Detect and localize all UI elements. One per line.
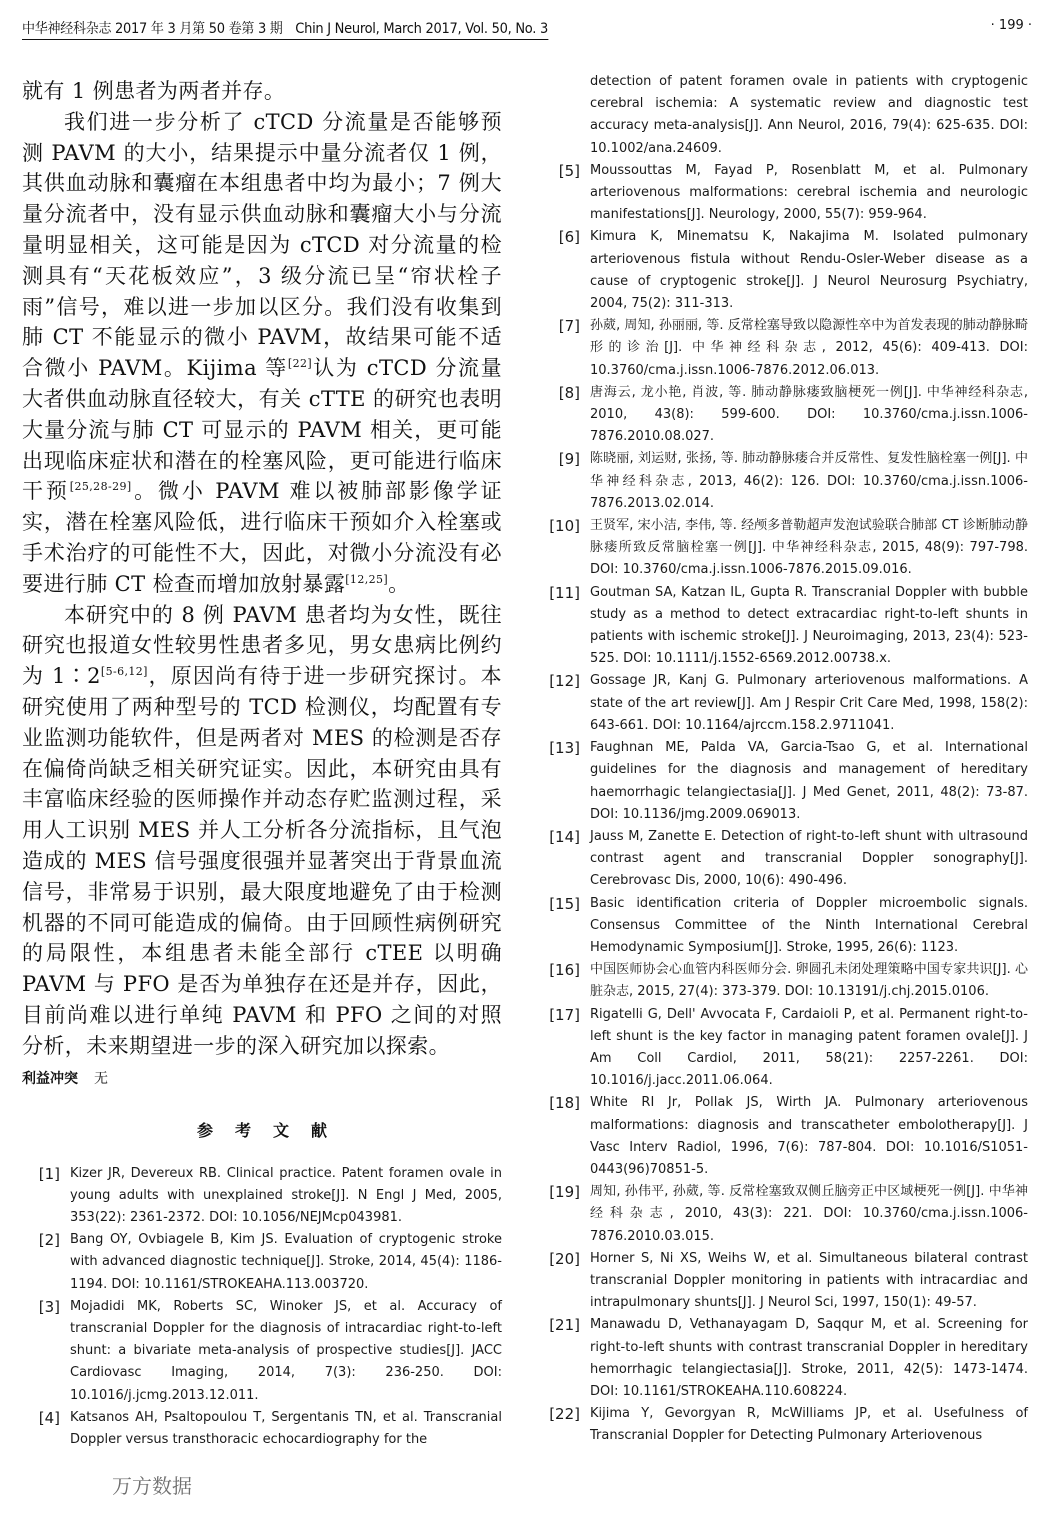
references-heading: 参考文献 [22,1118,502,1141]
reference-item: [21]Manawadu D, Vethanayagam D, Saqqur M… [548,1314,1028,1403]
citation[interactable]: [5-6,12] [101,665,148,678]
reference-item: [22]Kijima Y, Gevorgyan R, McWilliams JP… [548,1403,1028,1447]
reference-item: [2]Bang OY, Ovbiagele B, Kim JS. Evaluat… [22,1229,502,1296]
references-list-right: [5]Moussouttas M, Fayad P, Rosenblatt M,… [548,160,1028,1448]
reference-item: [7]孙葳, 周知, 孙丽丽, 等. 反常栓塞导致以隐源性卒中为首发表现的肺动静… [548,315,1028,382]
journal-citation: 中华神经科杂志 2017 年 3 月第 50 卷第 3 期 Chin J Neu… [22,18,548,40]
reference-item: [3]Mojadidi MK, Roberts SC, Winoker JS, … [22,1296,502,1407]
conflict-of-interest: 利益冲突无 [22,1066,502,1092]
reference-item: [12]Gossage JR, Kanj G. Pulmonary arteri… [548,670,1028,737]
page-number: · 199 · [991,18,1032,33]
conflict-value: 无 [94,1071,108,1087]
reference-item: [10]王贤军, 宋小洁, 李伟, 等. 经颅多普勒超声发泡试验联合肺部 CT … [548,515,1028,582]
reference-item: [11]Goutman SA, Katzan IL, Gupta R. Tran… [548,582,1028,671]
paragraph-2: 我们进一步分析了 cTCD 分流量是否能够预测 PAVM 的大小，结果提示中量分… [22,107,502,600]
reference-continuation: detection of patent foramen ovale in pat… [548,71,1028,160]
references-list-left: [1]Kizer JR, Devereux RB. Clinical pract… [22,1163,502,1452]
reference-item: [15]Basic identification criteria of Dop… [548,893,1028,960]
reference-item: [1]Kizer JR, Devereux RB. Clinical pract… [22,1163,502,1230]
paragraph-1: 就有 1 例患者为两者并存。 [22,76,502,107]
right-column: detection of patent foramen ovale in pat… [548,71,1028,1448]
reference-item: [19]周知, 孙伟平, 孙葳, 等. 反常栓塞致双侧丘脑旁正中区域梗死一例[J… [548,1181,1028,1248]
reference-item: [13]Faughnan ME, Palda VA, Garcia-Tsao G… [548,737,1028,826]
reference-item: [20]Horner S, Ni XS, Weihs W, et al. Sim… [548,1248,1028,1315]
citation[interactable]: [22] [288,357,312,370]
reference-item: [18]White RI Jr, Pollak JS, Wirth JA. Pu… [548,1092,1028,1181]
reference-item: [9]陈晓丽, 刘运财, 张扬, 等. 肺动静脉瘘合并反常性、复发性脑栓塞一例[… [548,448,1028,515]
reference-item: [17]Rigatelli G, Dell' Avvocata F, Carda… [548,1004,1028,1093]
conflict-label: 利益冲突 [22,1071,78,1087]
reference-item: [14]Jauss M, Zanette E. Detection of rig… [548,826,1028,893]
citation[interactable]: [25,28-29] [70,480,132,493]
watermark: 万方数据 [112,1470,192,1499]
discussion-body: 就有 1 例患者为两者并存。 我们进一步分析了 cTCD 分流量是否能够预测 P… [22,76,502,1062]
reference-item: [6]Kimura K, Minematsu K, Nakajima M. Is… [548,226,1028,315]
paragraph-3: 本研究中的 8 例 PAVM 患者均为女性，既往研究也报道女性较男性患者多见，男… [22,600,502,1062]
left-column: 就有 1 例患者为两者并存。 我们进一步分析了 cTCD 分流量是否能够预测 P… [22,76,502,1451]
reference-item: [8]唐海云, 龙小艳, 肖波, 等. 肺动静脉瘘致脑梗死一例[J]. 中华神经… [548,382,1028,449]
running-header: 中华神经科杂志 2017 年 3 月第 50 卷第 3 期 Chin J Neu… [22,18,1032,40]
reference-item: [16]中国医师协会心血管内科医师分会. 卵圆孔未闭处理策略中国专家共识[J].… [548,959,1028,1003]
reference-item: [5]Moussouttas M, Fayad P, Rosenblatt M,… [548,160,1028,227]
citation[interactable]: [12,25] [345,573,388,586]
reference-item: [4]Katsanos AH, Psaltopoulou T, Sergenta… [22,1407,502,1451]
